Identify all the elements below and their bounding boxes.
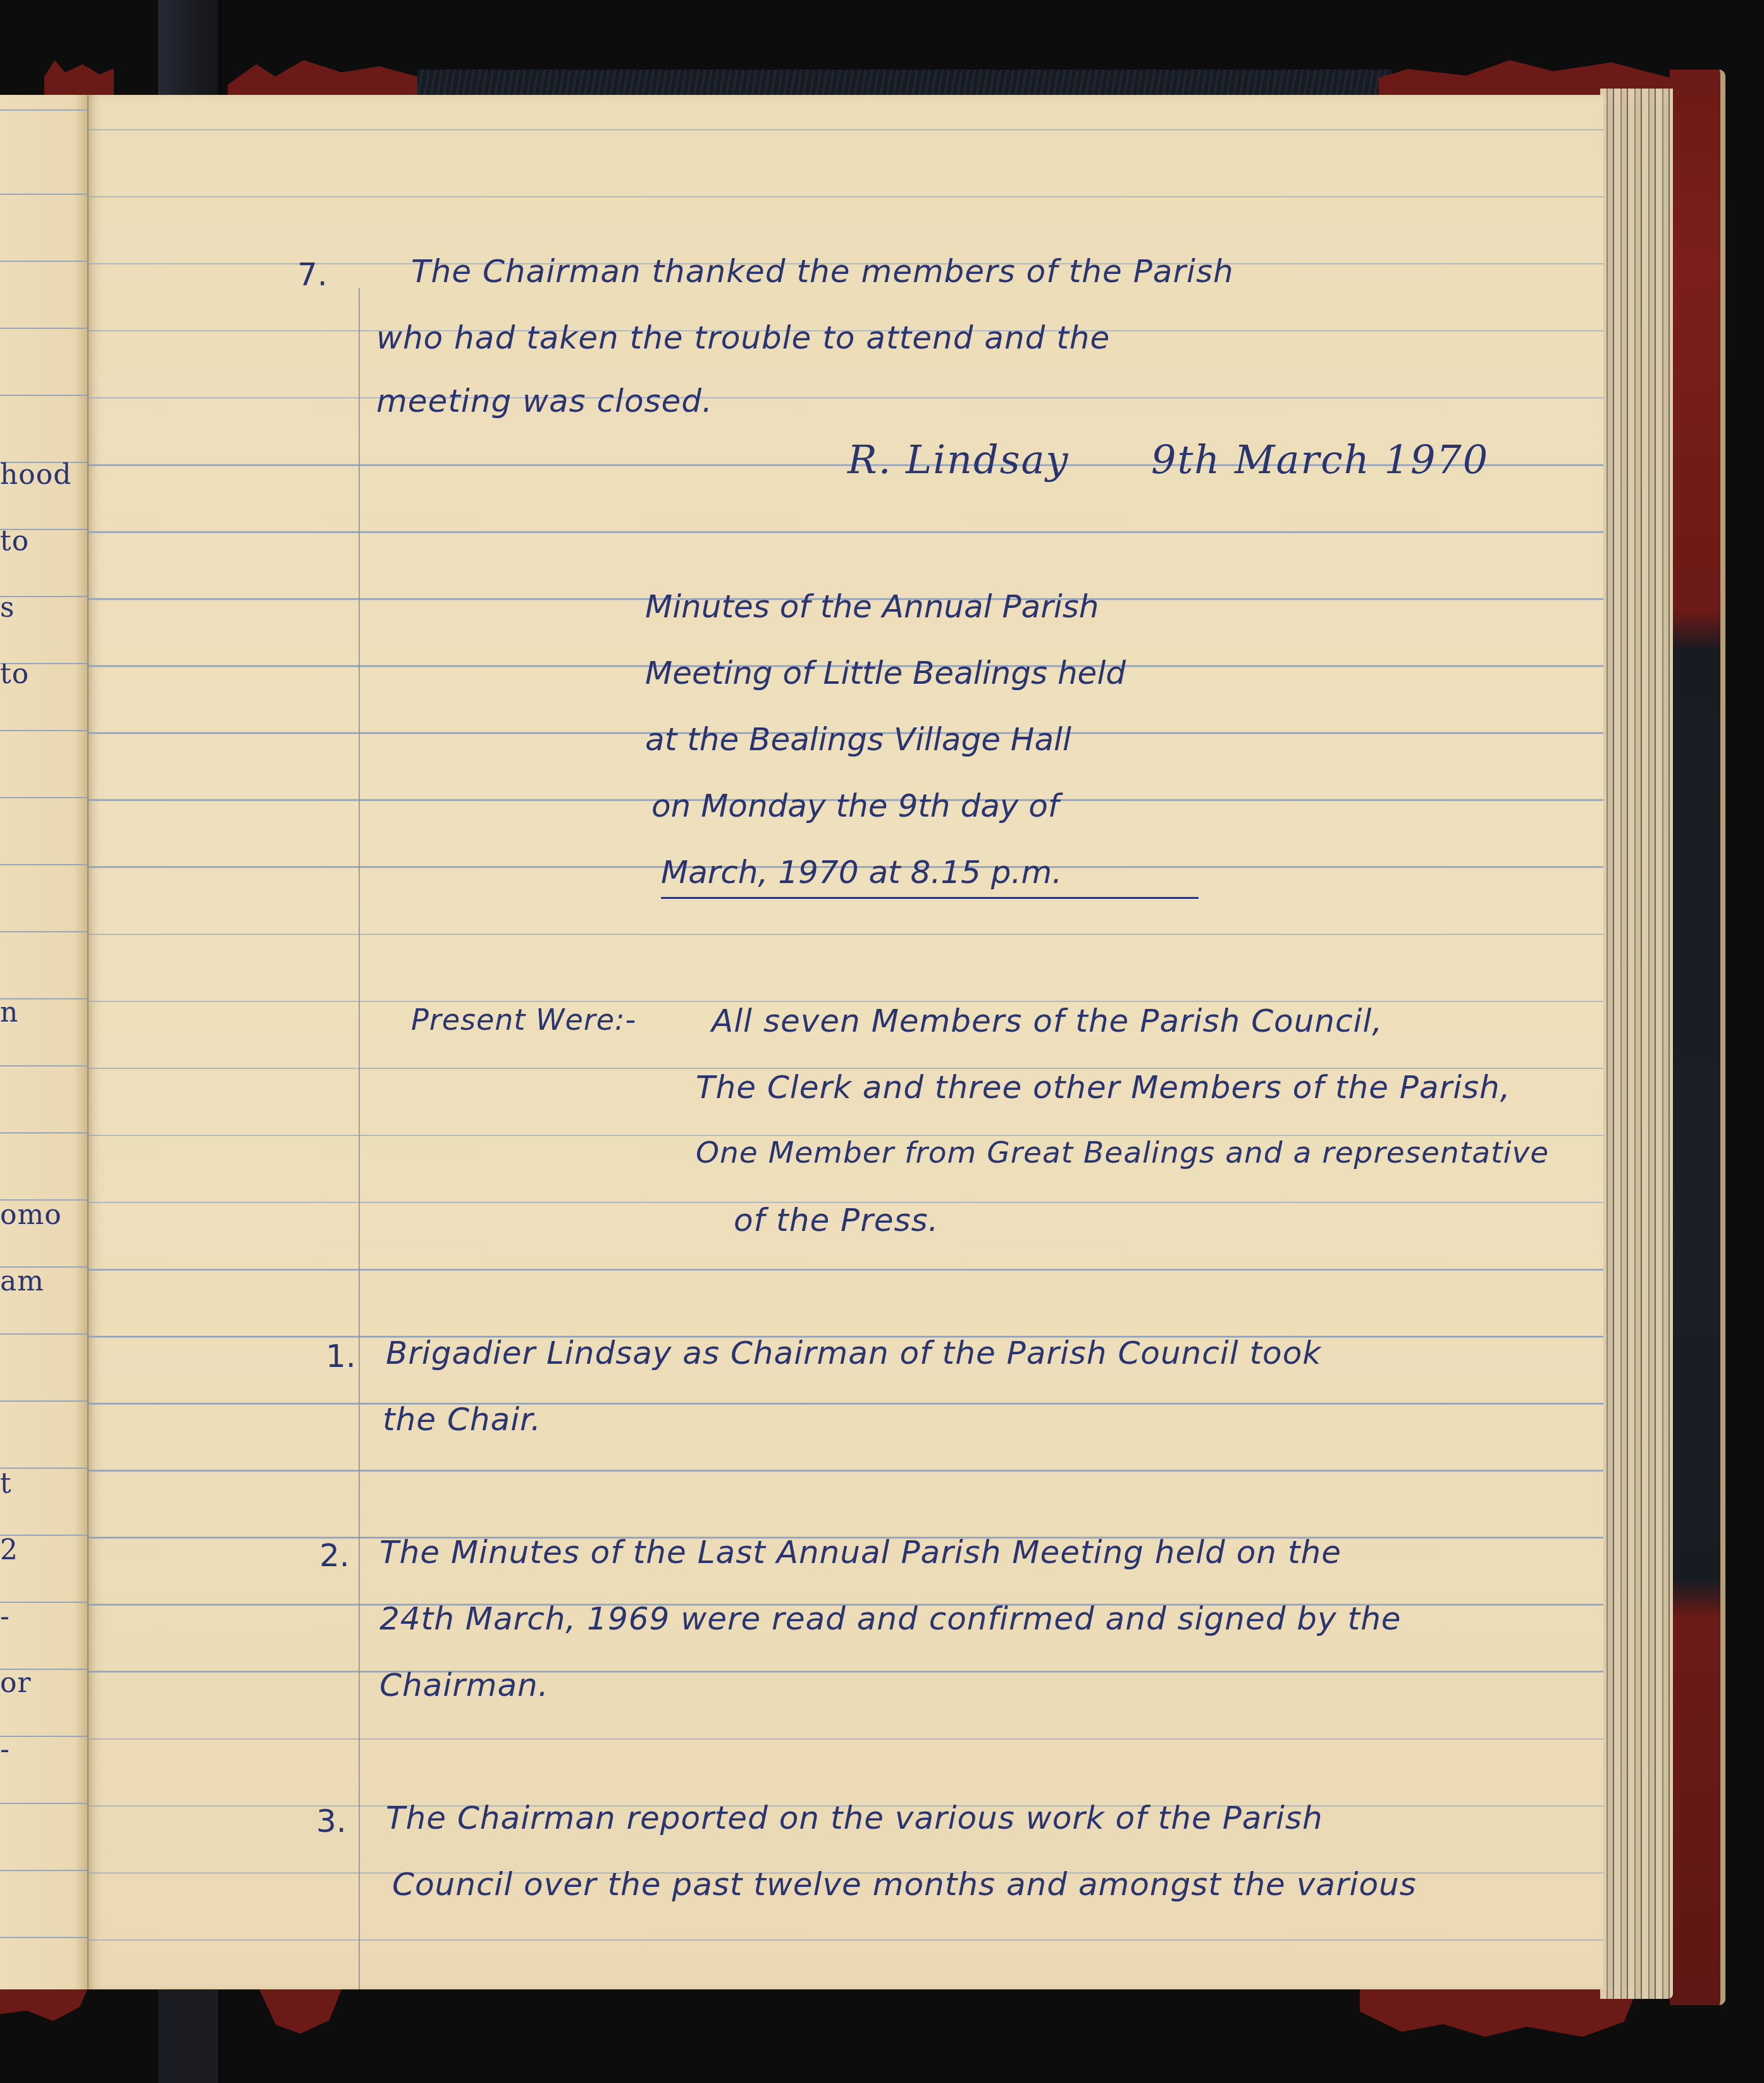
left-page-fragment: 2 (0, 1534, 18, 1566)
item-text-line: who had taken the trouble to attend and … (376, 319, 1110, 356)
left-page-fragment: - (0, 1733, 10, 1765)
left-page-fragment: t (0, 1468, 12, 1500)
left-page-fragment: - (0, 1600, 10, 1633)
left-page: hood to s to n omo am t 2 - or - (0, 95, 89, 1989)
item-text-line: the Chair. (383, 1401, 541, 1438)
ruled-lines (0, 95, 87, 1989)
item-text-line: Chairman. (379, 1667, 549, 1703)
left-page-fragment: omo (0, 1199, 62, 1231)
left-page-fragment: to (0, 658, 29, 690)
leather-corner (1360, 1986, 1638, 2037)
item-text-line: Brigadier Lindsay as Chairman of the Par… (386, 1335, 1321, 1371)
ribbon-strap-top (158, 0, 218, 101)
left-page-fragment: am (0, 1265, 44, 1297)
heading-underline (661, 897, 1199, 899)
attendance-line: One Member from Great Bealings and a rep… (696, 1135, 1549, 1170)
left-page-fragment: to (0, 525, 29, 557)
attendance-line: The Clerk and three other Members of the… (696, 1069, 1511, 1106)
item-number: 1. (326, 1338, 356, 1375)
left-page-fragment: or (0, 1667, 32, 1699)
item-text-line: The Chairman reported on the various wor… (386, 1800, 1323, 1836)
margin-line (359, 288, 360, 1989)
minute-book-page: 7. The Chairman thanked the members of t… (89, 95, 1603, 1989)
leather-corner (0, 1986, 89, 2021)
left-page-fragment: n (0, 996, 18, 1029)
heading-line: at the Bealings Village Hall (645, 721, 1071, 758)
attendance-line: All seven Members of the Parish Council, (712, 1003, 1383, 1039)
left-page-fragment: hood (0, 459, 71, 491)
heading-line: on Monday the 9th day of (651, 788, 1059, 824)
heading-line: March, 1970 at 8.15 p.m. (661, 854, 1062, 891)
attendance-line: of the Press. (734, 1202, 939, 1239)
item-text-line: The Chairman thanked the members of the … (411, 253, 1234, 290)
heading-line: Minutes of the Annual Parish (645, 588, 1099, 625)
heading-line: Meeting of Little Bealings held (645, 655, 1126, 691)
item-number: 7. (297, 256, 328, 293)
item-text-line: Council over the past twelve months and … (392, 1866, 1417, 1903)
page-edges (1600, 89, 1673, 1999)
present-label: Present Were:- (411, 1003, 636, 1037)
item-text-line: meeting was closed. (376, 383, 713, 419)
item-number: 2. (319, 1537, 350, 1574)
left-page-fragment: s (0, 591, 15, 624)
item-number: 3. (316, 1803, 347, 1839)
signature-date: 9th March 1970 (1151, 436, 1489, 483)
item-text-line: 24th March, 1969 were read and confirmed… (379, 1600, 1402, 1637)
item-text-line: The Minutes of the Last Annual Parish Me… (379, 1534, 1342, 1571)
ruled-lines (89, 95, 1603, 1989)
book-cover-edge (1670, 70, 1725, 2005)
chairman-signature: R. Lindsay (848, 436, 1070, 483)
leather-corner (259, 1989, 342, 2034)
